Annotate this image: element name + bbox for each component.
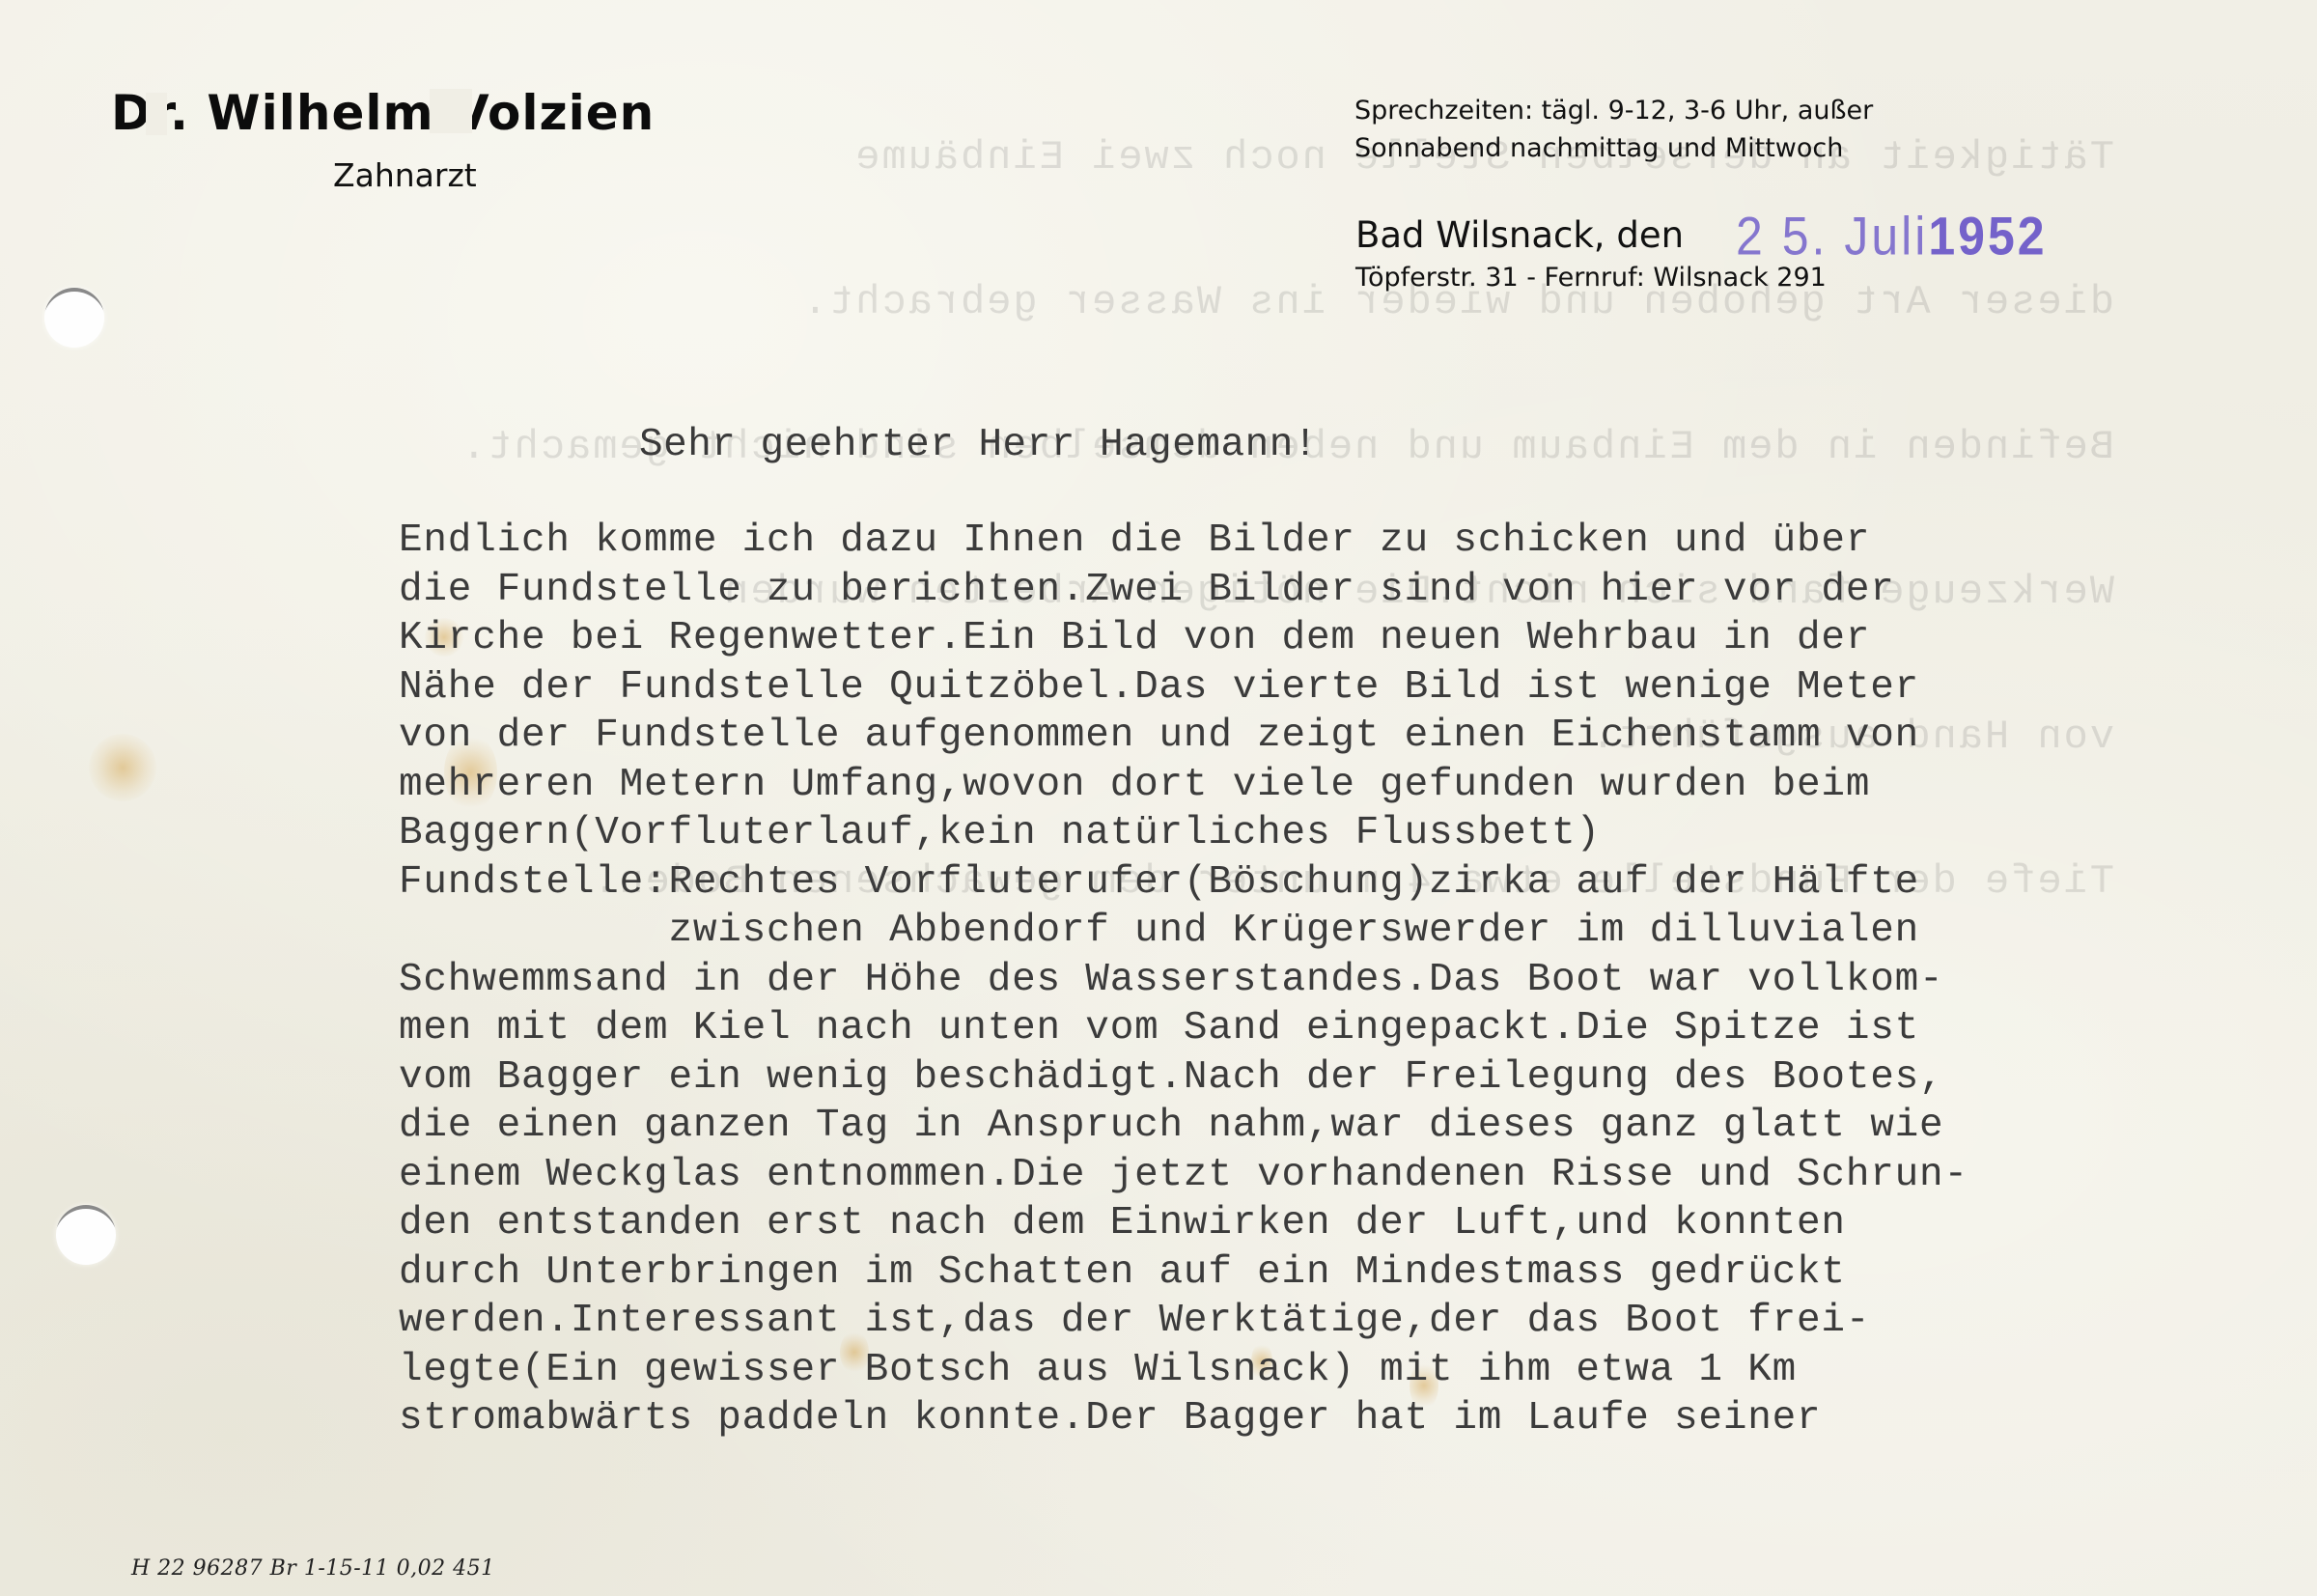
print-code: H 22 96287 Br 1-15-11 0,02 451: [131, 1556, 495, 1581]
punch-hole-bottom: [56, 1205, 116, 1265]
letter-line: von der Fundstelle aufgenommen und zeigt…: [399, 712, 1968, 761]
letter-line: den entstanden erst nach dem Einwirken d…: [399, 1199, 1968, 1248]
place-date-label: Bad Wilsnack, den: [1355, 214, 1684, 256]
letter-line: men mit dem Kiel nach unten vom Sand ein…: [399, 1004, 1968, 1053]
office-hours-line: Sonnabend nachmittag und Mittwoch: [1354, 129, 1873, 167]
letter-line: Nähe der Fundstelle Quitzöbel.Das vierte…: [399, 663, 1968, 713]
letter-line: die Fundstelle zu berichten.Zwei Bilder …: [399, 566, 1968, 615]
letter-line: die einen ganzen Tag in Anspruch nahm,wa…: [399, 1102, 1968, 1151]
letterhead-print-defect: [430, 89, 472, 133]
letter-line: Baggern(Vorfluterlauf,kein natürliches F…: [399, 809, 1968, 858]
date-stamp-day: 2 5.: [1736, 206, 1828, 266]
office-hours: Sprechzeiten: tägl. 9-12, 3-6 Uhr, außer…: [1354, 92, 1873, 167]
letter-line: vom Bagger ein wenig beschädigt.Nach der…: [399, 1053, 1968, 1103]
letter-line: werden.Interessant ist,das der Werktätig…: [399, 1297, 1968, 1346]
letter-body: Endlich komme ich dazu Ihnen die Bilder …: [399, 517, 1968, 1443]
date-stamp: 2 5. Juli1952: [1736, 205, 2048, 267]
date-stamp-month: Juli: [1844, 206, 1928, 266]
letter-line: mehreren Metern Umfang,wovon dort viele …: [399, 761, 1968, 810]
salutation: Sehr geehrter Herr Hagemann!: [639, 423, 1318, 467]
letter-line: stromabwärts paddeln konnte.Der Bagger h…: [399, 1394, 1968, 1443]
letterhead-print-defect: [146, 93, 167, 135]
date-stamp-year: 1952: [1928, 206, 2047, 266]
letterhead-profession: Zahnarzt: [333, 156, 477, 194]
letter-line: Schwemmsand in der Höhe des Wasserstande…: [399, 956, 1968, 1005]
office-hours-line: Sprechzeiten: tägl. 9-12, 3-6 Uhr, außer: [1354, 92, 1873, 129]
letter-line: legte(Ein gewisser Botsch aus Wilsnack) …: [399, 1346, 1968, 1395]
letter-line: einem Weckglas entnommen.Die jetzt vorha…: [399, 1151, 1968, 1200]
letter-line: Kirche bei Regenwetter.Ein Bild von dem …: [399, 614, 1968, 663]
punch-hole-top: [44, 288, 104, 348]
letter-line: Fundstelle:Rechtes Vorfluterufer(Böschun…: [399, 858, 1968, 908]
letter-page: Tätigkeit an derselben Stelle noch zwei …: [0, 0, 2317, 1596]
address-line: Töpferstr. 31 - Fernruf: Wilsnack 291: [1355, 263, 1827, 293]
paper-stain: [89, 734, 156, 801]
letter-line: zwischen Abbendorf und Krügerswerder im …: [399, 907, 1968, 956]
letter-line: Endlich komme ich dazu Ihnen die Bilder …: [399, 517, 1968, 566]
letter-line: durch Unterbringen im Schatten auf ein M…: [399, 1248, 1968, 1298]
letterhead-name: Dr. Wilhelm Volzien: [111, 85, 655, 141]
